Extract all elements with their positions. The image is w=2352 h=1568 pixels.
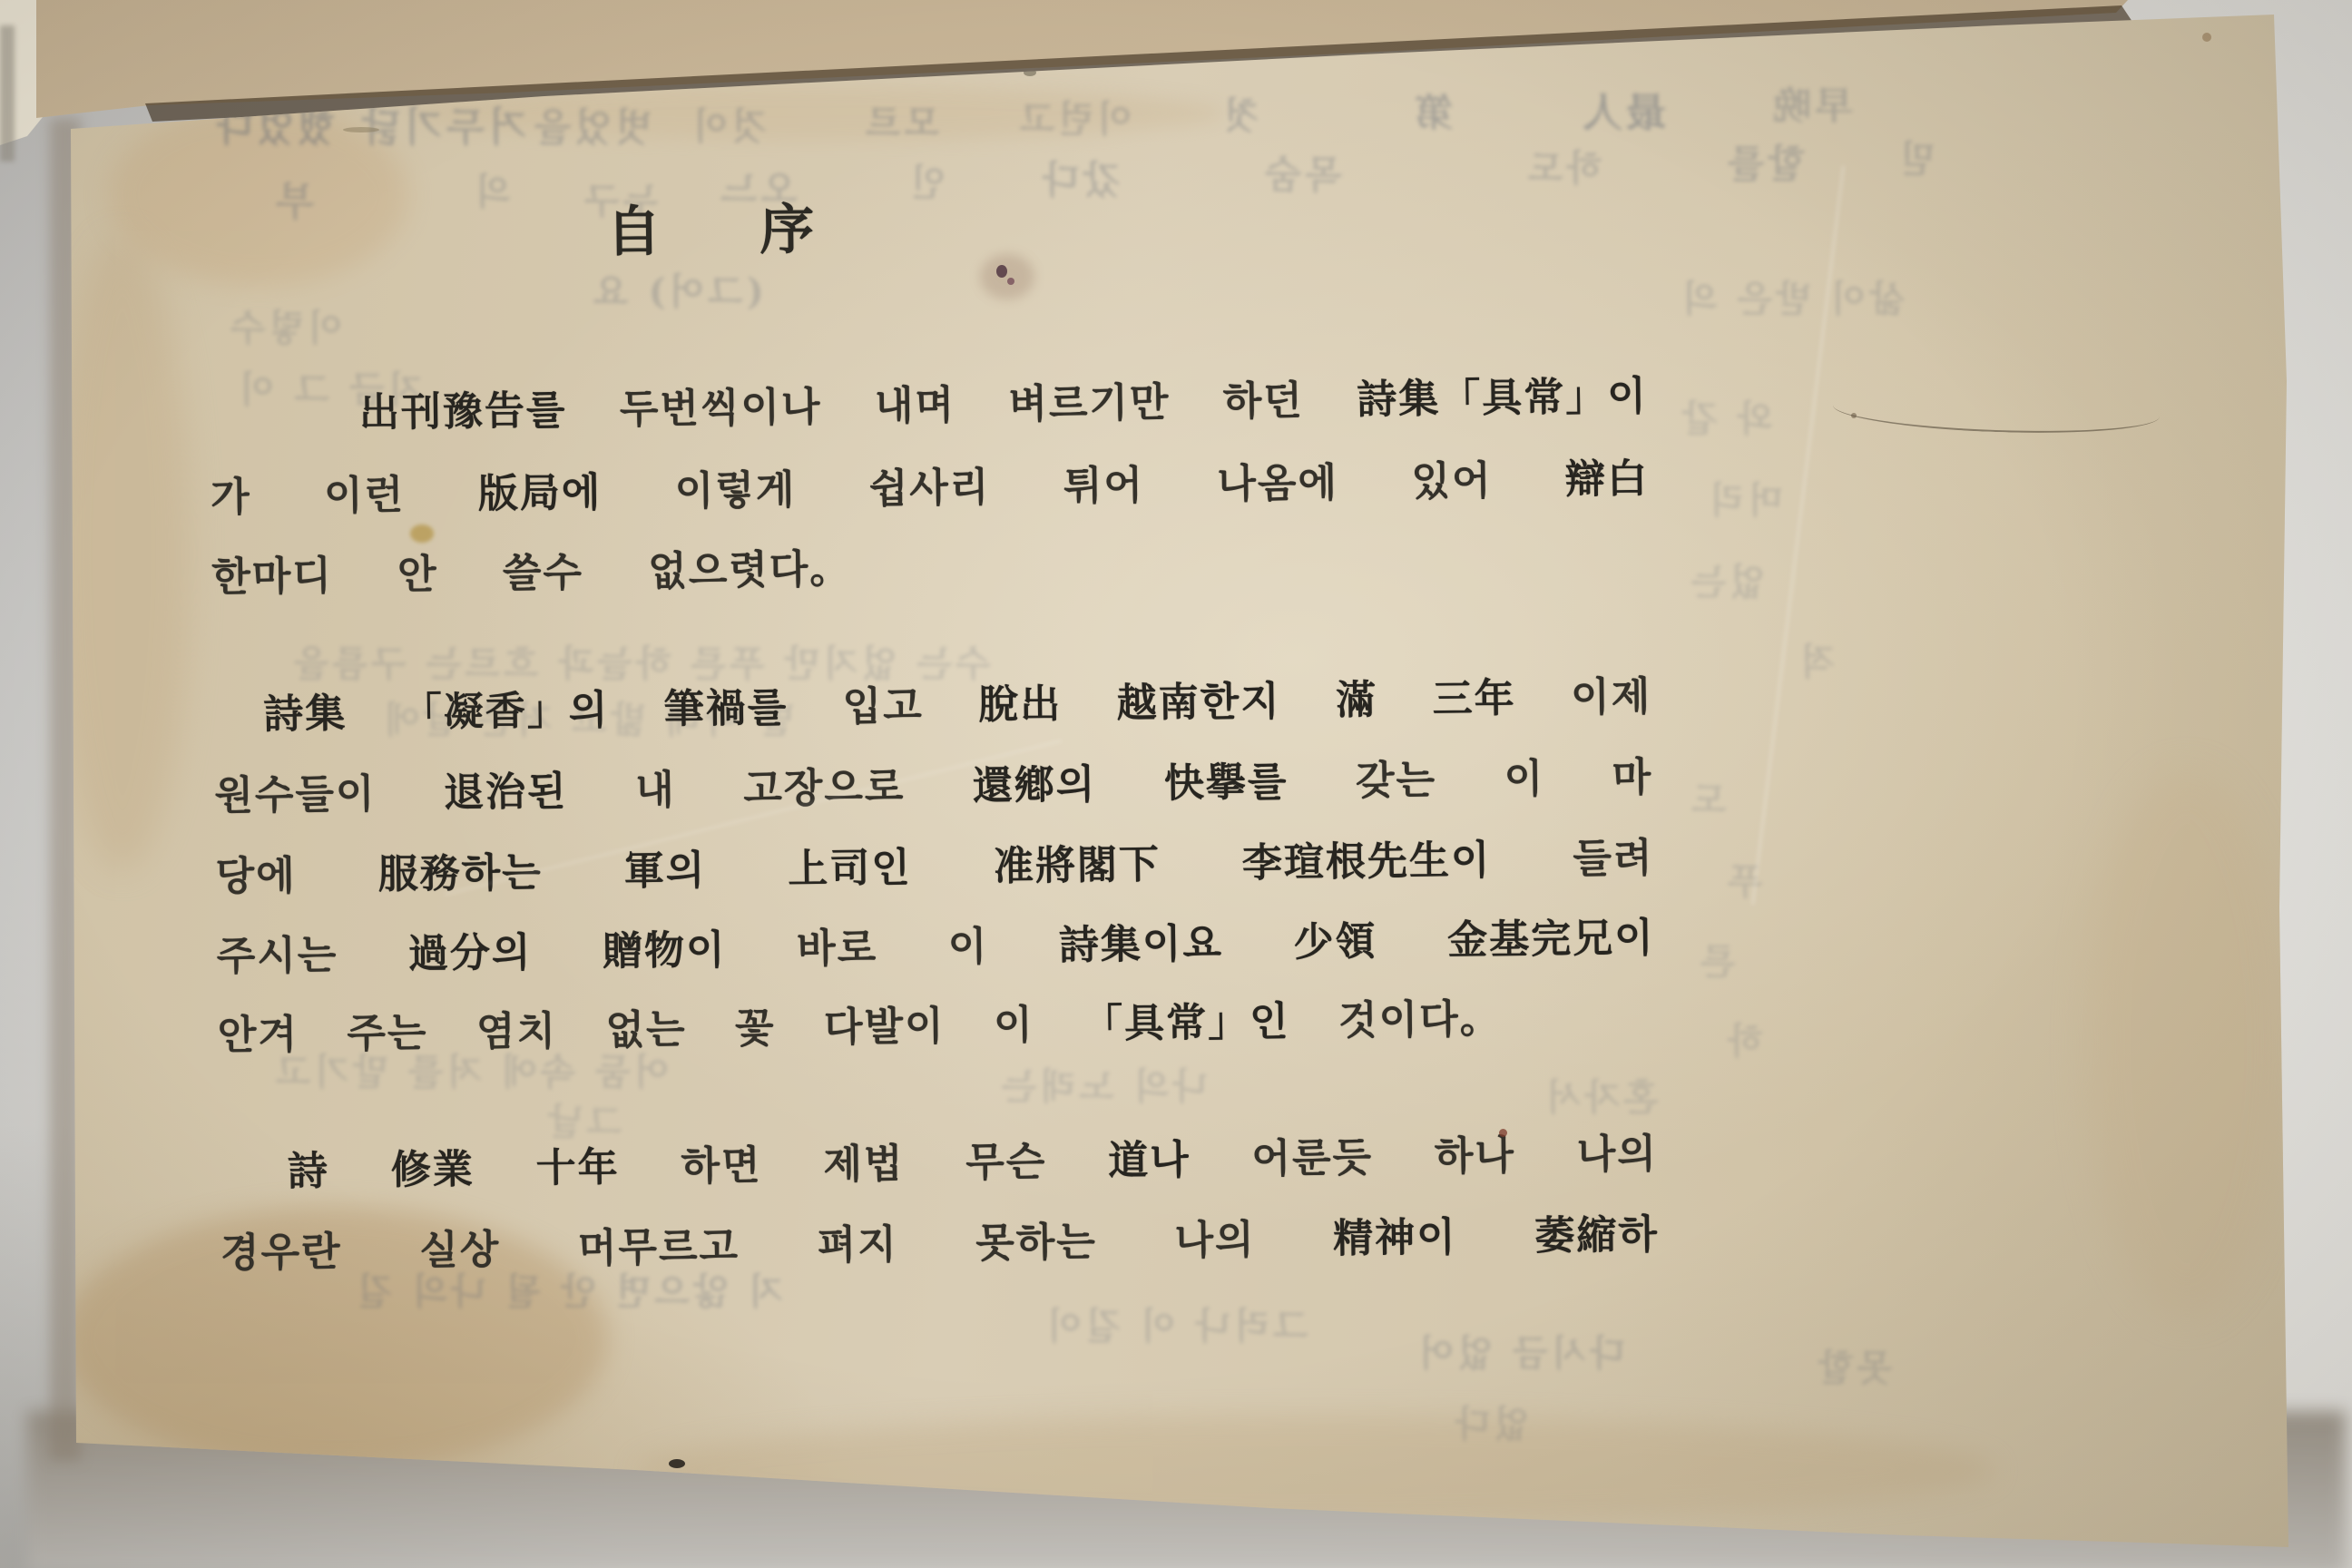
text-line-p2-l3: 당에服務하는軍의上司인准將閣下李瑄根先生이들려 — [215, 836, 1654, 900]
text-line-p2-l1: 詩集「凝香」의筆禍를입고脫出越南한지滿三年이제 — [263, 674, 1652, 739]
word: 少領 — [1293, 919, 1377, 966]
photo-scene: 했었다거두기닭벗었을것이모르이런고첫第最人早晩부의오느인갔다목숨하도할를믿누구(… — [0, 0, 2352, 1568]
word: 三年 — [1432, 676, 1516, 723]
word: 脫出 — [978, 682, 1063, 730]
word: 꽃 — [735, 1006, 776, 1053]
word: 갖는 — [1356, 758, 1437, 805]
speck — [343, 127, 379, 132]
printed-text-layer: 自 序 出刊豫告를두번씩이나내며벼르기만하던詩集「具常」이가이런版局에이렇게쉽사… — [204, 0, 1662, 1568]
text-line-p1-l1: 出刊豫告를두번씩이나내며벼르기만하던詩集「具常」이 — [359, 374, 1649, 436]
word: 快擧를 — [1164, 759, 1289, 807]
text-line-p3-l1: 詩修業十年하면제법무슨道나어룬듯하나나의 — [288, 1132, 1659, 1195]
bleedthrough-text: 早晩 — [1769, 76, 1853, 131]
bleedthrough-text: 도 — [1688, 771, 1727, 823]
word: 나의 — [1174, 1218, 1256, 1265]
text-line-p2-l2: 원수들이退治된내고장으로還鄕의快擧를갖는이마 — [214, 755, 1653, 819]
word: 이 — [947, 925, 988, 971]
word: 한마디 — [211, 554, 333, 601]
word: 「具常」인 — [1083, 999, 1290, 1048]
book-edge-sliver — [0, 25, 15, 162]
word: 이런 — [324, 473, 406, 520]
word: 없는 — [605, 1007, 687, 1054]
word: 없으렷다。 — [648, 547, 852, 596]
word: 詩集 — [263, 691, 348, 739]
word: 道나 — [1108, 1138, 1191, 1185]
word: 上司인 — [788, 846, 912, 893]
word: 어룬듯 — [1251, 1135, 1373, 1182]
text-line-p1-l3: 한마디안쓸수없으렷다。 — [211, 547, 852, 602]
speck — [2202, 33, 2211, 42]
word: 염치 — [476, 1009, 558, 1056]
bleedthrough-text: 와 같 — [1679, 390, 1772, 442]
text-line-p1-l2: 가이런版局에이렇게쉽사리튀어나옴에있어辯白 — [211, 456, 1650, 521]
word: 마 — [1612, 755, 1652, 801]
text-line-p2-l5: 안겨주는염치없는꽃다발이이「具常」인것이다。 — [218, 996, 1503, 1059]
word: 벼르기만 — [1008, 380, 1171, 428]
word: 筆禍를 — [663, 686, 788, 733]
word: 過分의 — [408, 930, 533, 977]
bleedthrough-text: 머리 — [1706, 472, 1783, 524]
word: 修業 — [390, 1147, 475, 1194]
text-line-p2-l4: 주시는過分의贈物이바로이詩集이요少領金基完兄이 — [216, 916, 1655, 980]
word: 准將閣下 — [994, 842, 1161, 890]
word: 贈物이 — [603, 928, 727, 975]
word: 版局에 — [477, 470, 602, 517]
word: 제법 — [823, 1142, 905, 1189]
text-line-p3-l2: 경우란실상머무르고펴지못하는나의精神이萎縮하 — [220, 1212, 1660, 1277]
word: 還鄕의 — [973, 762, 1097, 809]
bleedthrough-text: 른 — [1697, 933, 1736, 985]
word: 내 — [635, 768, 676, 814]
word: 내며 — [875, 383, 956, 430]
word: 가 — [211, 475, 251, 521]
word: 萎縮하 — [1534, 1212, 1659, 1259]
bleedthrough-text: 믿 — [1896, 131, 1935, 182]
word: 주는 — [347, 1011, 428, 1058]
word: 실상 — [419, 1228, 501, 1275]
word: 있어 — [1411, 458, 1493, 505]
word: 詩集「具常」이 — [1357, 374, 1648, 424]
word: 입고 — [842, 684, 924, 731]
word: 들려 — [1573, 836, 1654, 883]
word: 越南한지 — [1116, 680, 1281, 728]
word: 안겨 — [218, 1013, 299, 1060]
word: 쉽사리 — [869, 465, 991, 513]
word: 辯白 — [1565, 456, 1650, 504]
bleedthrough-text: 적 — [1797, 633, 1836, 685]
bleedthrough-text: 없는 — [1688, 554, 1765, 605]
word: 滿 — [1336, 678, 1378, 724]
word: 이제 — [1571, 674, 1652, 721]
word: 바로 — [797, 926, 878, 973]
stain — [2087, 771, 2287, 1316]
speck — [1007, 278, 1014, 285]
word: 나의 — [1576, 1132, 1658, 1179]
word: 退治된 — [444, 769, 568, 817]
word: 精神이 — [1333, 1215, 1457, 1262]
word: 것이다。 — [1338, 996, 1502, 1044]
word: 金基完兄이 — [1447, 916, 1655, 965]
word: 李瑄根先生이 — [1242, 838, 1492, 887]
word: 원수들이 — [214, 772, 377, 820]
bleedthrough-text: 못할 — [1815, 1339, 1892, 1391]
bleedthrough-text: 삶이 받은 의 — [1679, 270, 1905, 322]
book-page: 했었다거두기닭벗었을것이모르이런고첫第最人早晩부의오느인갔다목숨하도할를믿누구(… — [0, 0, 2352, 1568]
word: 무슨 — [965, 1140, 1047, 1187]
word: 詩集이요 — [1059, 921, 1224, 969]
word: 다발이 — [824, 1004, 946, 1051]
word: 못하는 — [975, 1220, 1097, 1267]
word: 펴지 — [817, 1222, 898, 1269]
word: 하던 — [1223, 378, 1305, 426]
word: 쓸수 — [503, 551, 584, 598]
word: 경우란 — [220, 1230, 342, 1277]
word: 이 — [994, 1003, 1034, 1049]
speck — [996, 265, 1007, 278]
bleedthrough-text: 하 — [1724, 1013, 1763, 1064]
speck — [1499, 1129, 1507, 1137]
word: 하면 — [681, 1143, 762, 1191]
speck — [669, 1459, 685, 1468]
word: 이렇게 — [675, 468, 797, 515]
word: 이 — [1504, 757, 1544, 803]
word: 당에 — [215, 854, 297, 901]
stain — [54, 236, 191, 871]
word: 고장으로 — [743, 765, 906, 813]
bleedthrough-text: 할를 — [1724, 134, 1805, 189]
word: 出刊豫告를 — [359, 388, 567, 437]
word: 「凝香」의 — [401, 688, 609, 737]
word: 머무르고 — [578, 1224, 740, 1272]
word: 詩 — [288, 1149, 330, 1195]
word: 軍의 — [623, 848, 706, 896]
word: 두번씩이나 — [620, 385, 822, 434]
word: 十年 — [535, 1145, 620, 1192]
page-title: 自 序 — [606, 186, 822, 267]
hair-fiber — [1832, 385, 2160, 438]
word: 하나 — [1435, 1133, 1516, 1181]
word: 나옴에 — [1217, 461, 1338, 508]
word: 튀어 — [1063, 463, 1145, 510]
word: 주시는 — [216, 933, 338, 980]
word: 안 — [397, 553, 438, 599]
